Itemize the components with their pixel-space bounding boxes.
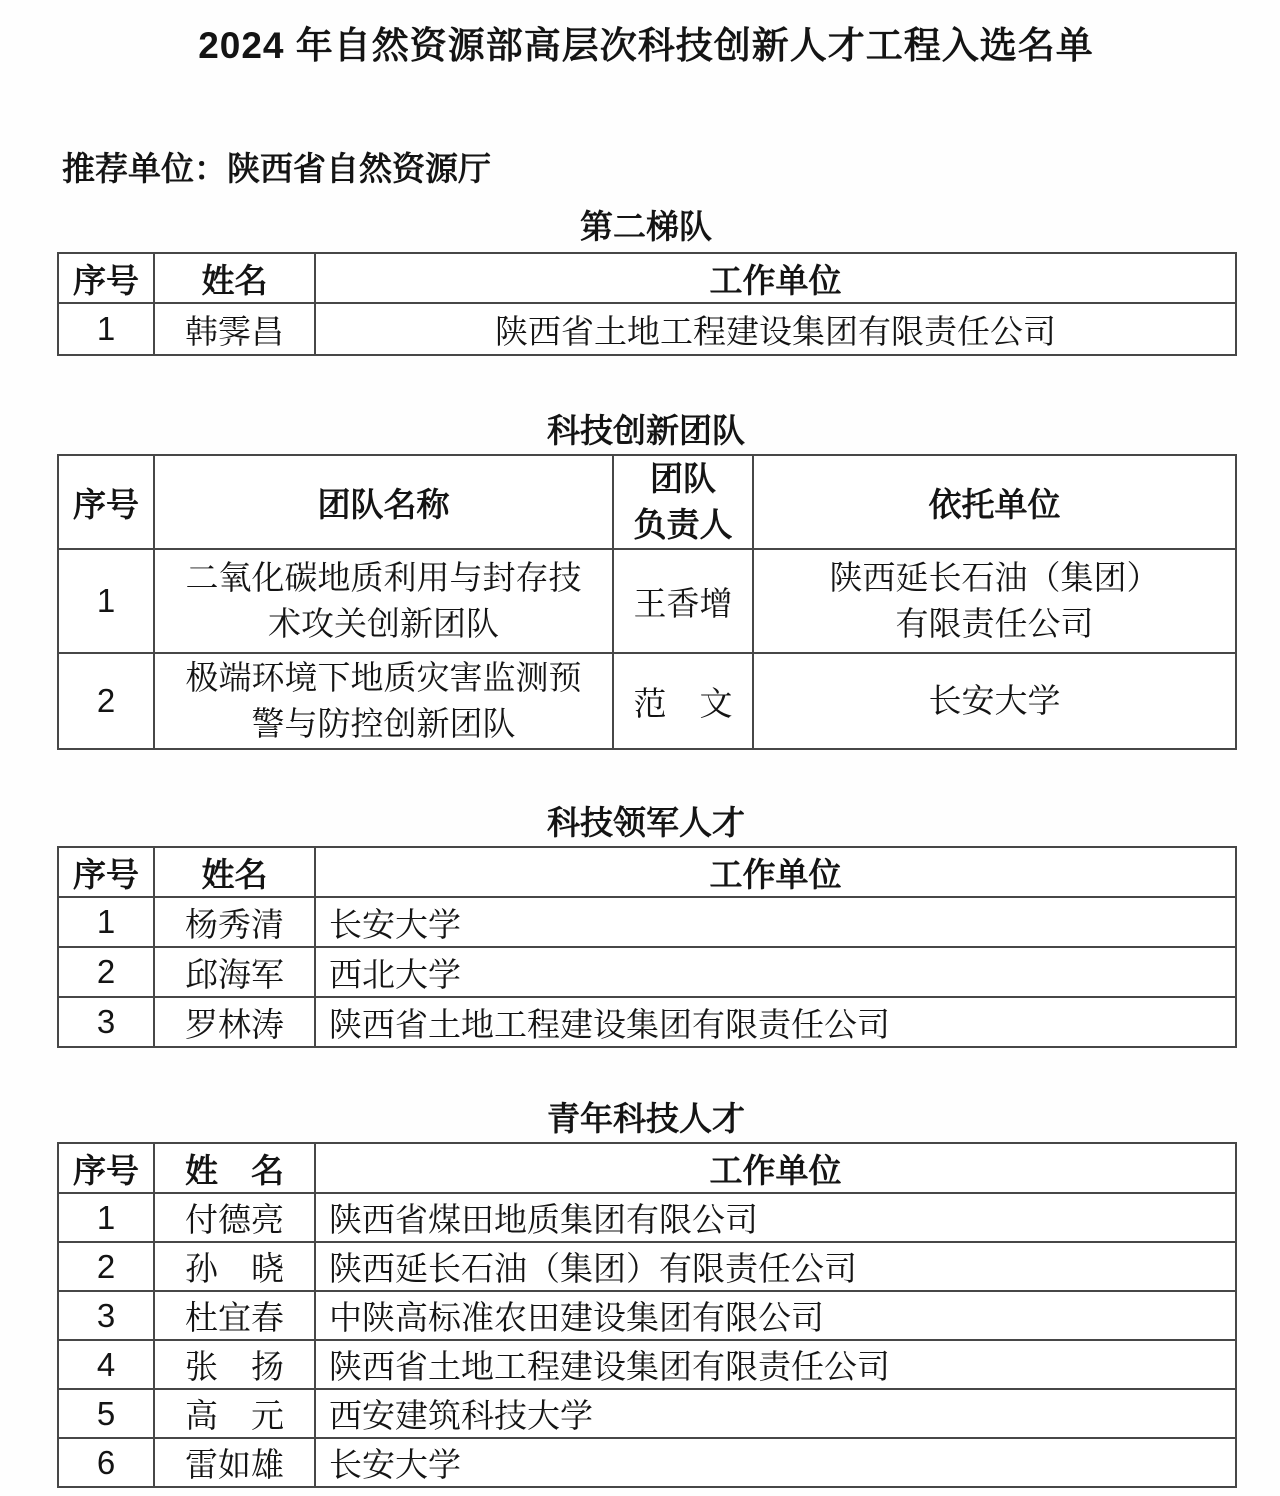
table-second-tier: 序号 姓名 工作单位 1 韩霁昌 陕西省土地工程建设集团有限责任公司 <box>57 252 1237 356</box>
table-row: 1 付德亮 陕西省煤田地质集团有限公司 <box>58 1193 1236 1242</box>
cell-name: 杨秀清 <box>154 897 315 947</box>
cell-team-name: 极端环境下地质灾害监测预 警与防控创新团队 <box>154 653 613 749</box>
document-title: 2024 年自然资源部高层次科技创新人才工程入选名单 <box>57 0 1235 66</box>
cell-name: 罗林涛 <box>154 997 315 1047</box>
cell-seq: 4 <box>58 1340 154 1389</box>
cell-name: 高 元 <box>154 1389 315 1438</box>
table-header-row: 序号 姓名 工作单位 <box>58 847 1236 897</box>
cell-seq: 2 <box>58 947 154 997</box>
cell-unit: 陕西省煤田地质集团有限公司 <box>315 1193 1236 1242</box>
cell-name: 孙 晓 <box>154 1242 315 1291</box>
section-heading-second-tier: 第二梯队 <box>57 210 1235 244</box>
table-header-row: 序号 姓名 工作单位 <box>58 253 1236 303</box>
table-row: 1 韩霁昌 陕西省土地工程建设集团有限责任公司 <box>58 303 1236 355</box>
document-page: 2024 年自然资源部高层次科技创新人才工程入选名单 推荐单位：陕西省自然资源厅… <box>0 0 1280 1496</box>
column-header-host-unit: 依托单位 <box>753 455 1236 549</box>
cell-name: 杜宜春 <box>154 1291 315 1340</box>
cell-unit: 陕西省土地工程建设集团有限责任公司 <box>315 1340 1236 1389</box>
column-header-seq: 序号 <box>58 1143 154 1193</box>
table-young-talents: 序号 姓 名 工作单位 1 付德亮 陕西省煤田地质集团有限公司 2 孙 晓 陕西… <box>57 1142 1237 1488</box>
cell-seq: 6 <box>58 1438 154 1487</box>
cell-seq: 5 <box>58 1389 154 1438</box>
cell-team-name: 二氧化碳地质利用与封存技 术攻关创新团队 <box>154 549 613 653</box>
cell-unit: 长安大学 <box>315 897 1236 947</box>
cell-seq: 3 <box>58 997 154 1047</box>
table-row: 6 雷如雄 长安大学 <box>58 1438 1236 1487</box>
table-header-row: 序号 姓 名 工作单位 <box>58 1143 1236 1193</box>
table-row: 2 孙 晓 陕西延长石油（集团）有限责任公司 <box>58 1242 1236 1291</box>
table-row: 3 罗林涛 陕西省土地工程建设集团有限责任公司 <box>58 997 1236 1047</box>
cell-seq: 1 <box>58 549 154 653</box>
cell-name: 付德亮 <box>154 1193 315 1242</box>
cell-seq: 1 <box>58 303 154 355</box>
cell-name: 韩霁昌 <box>154 303 315 355</box>
column-header-name: 姓名 <box>154 847 315 897</box>
table-row: 4 张 扬 陕西省土地工程建设集团有限责任公司 <box>58 1340 1236 1389</box>
cell-seq: 1 <box>58 1193 154 1242</box>
table-row: 2 极端环境下地质灾害监测预 警与防控创新团队 范 文 长安大学 <box>58 653 1236 749</box>
cell-seq: 2 <box>58 653 154 749</box>
column-header-unit: 工作单位 <box>315 1143 1236 1193</box>
cell-team-leader: 王香增 <box>613 549 753 653</box>
cell-unit: 陕西省土地工程建设集团有限责任公司 <box>315 997 1236 1047</box>
cell-seq: 2 <box>58 1242 154 1291</box>
table-row: 1 二氧化碳地质利用与封存技 术攻关创新团队 王香增 陕西延长石油（集团） 有限… <box>58 549 1236 653</box>
cell-unit: 陕西延长石油（集团）有限责任公司 <box>315 1242 1236 1291</box>
column-header-team-name: 团队名称 <box>154 455 613 549</box>
recommending-unit: 推荐单位：陕西省自然资源厅 <box>62 152 1280 186</box>
table-row: 1 杨秀清 长安大学 <box>58 897 1236 947</box>
cell-host-unit: 长安大学 <box>753 653 1236 749</box>
table-header-row: 序号 团队名称 团队 负责人 依托单位 <box>58 455 1236 549</box>
table-innovation-teams: 序号 团队名称 团队 负责人 依托单位 1 二氧化碳地质利用与封存技 术攻关创新… <box>57 454 1237 750</box>
table-row: 2 邱海军 西北大学 <box>58 947 1236 997</box>
column-header-seq: 序号 <box>58 847 154 897</box>
cell-name: 雷如雄 <box>154 1438 315 1487</box>
section-heading-young-talents: 青年科技人才 <box>57 1102 1235 1136</box>
section-heading-innovation-teams: 科技创新团队 <box>57 414 1235 448</box>
column-header-name: 姓 名 <box>154 1143 315 1193</box>
cell-unit: 中陕高标准农田建设集团有限公司 <box>315 1291 1236 1340</box>
cell-team-leader: 范 文 <box>613 653 753 749</box>
cell-unit: 长安大学 <box>315 1438 1236 1487</box>
cell-unit: 西安建筑科技大学 <box>315 1389 1236 1438</box>
column-header-team-leader: 团队 负责人 <box>613 455 753 549</box>
cell-seq: 1 <box>58 897 154 947</box>
cell-name: 张 扬 <box>154 1340 315 1389</box>
column-header-seq: 序号 <box>58 455 154 549</box>
cell-unit: 陕西省土地工程建设集团有限责任公司 <box>315 303 1236 355</box>
cell-unit: 西北大学 <box>315 947 1236 997</box>
table-leading-talents: 序号 姓名 工作单位 1 杨秀清 长安大学 2 邱海军 西北大学 3 罗林涛 陕… <box>57 846 1237 1048</box>
table-row: 3 杜宜春 中陕高标准农田建设集团有限公司 <box>58 1291 1236 1340</box>
column-header-unit: 工作单位 <box>315 253 1236 303</box>
column-header-seq: 序号 <box>58 253 154 303</box>
column-header-name: 姓名 <box>154 253 315 303</box>
cell-seq: 3 <box>58 1291 154 1340</box>
table-row: 5 高 元 西安建筑科技大学 <box>58 1389 1236 1438</box>
cell-name: 邱海军 <box>154 947 315 997</box>
column-header-unit: 工作单位 <box>315 847 1236 897</box>
cell-host-unit: 陕西延长石油（集团） 有限责任公司 <box>753 549 1236 653</box>
section-heading-leading-talents: 科技领军人才 <box>57 806 1235 840</box>
